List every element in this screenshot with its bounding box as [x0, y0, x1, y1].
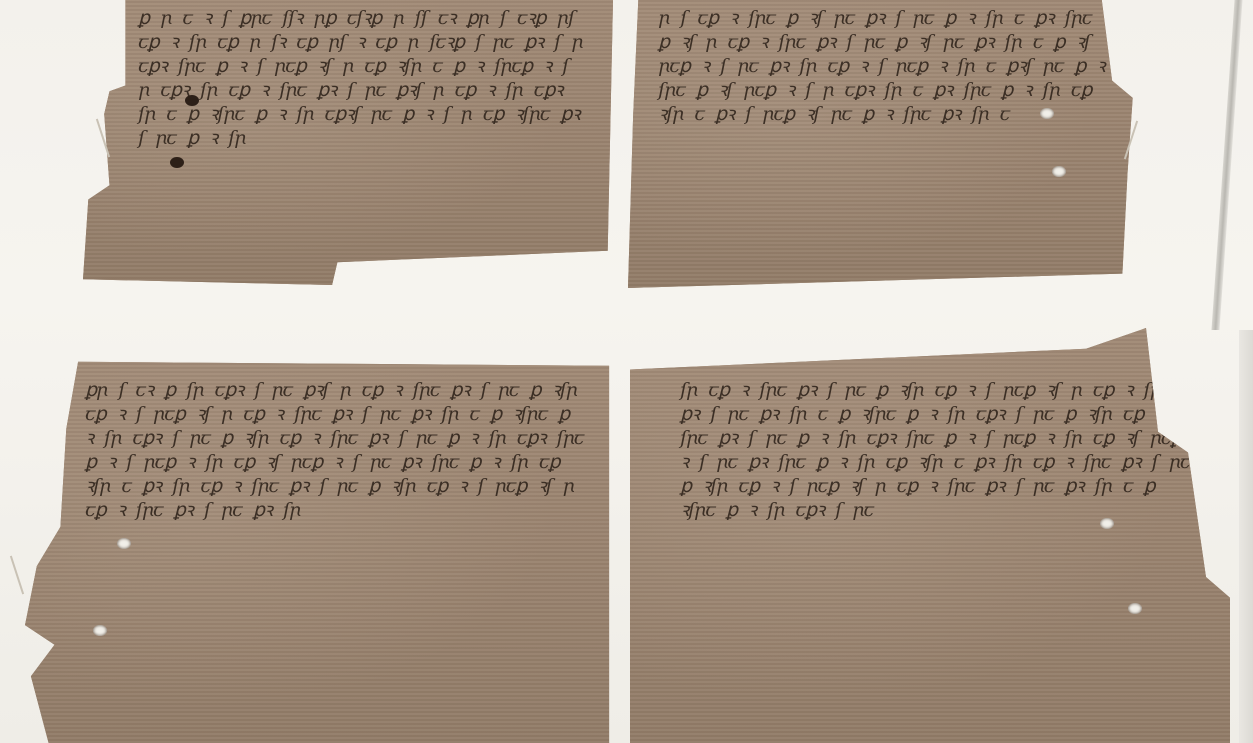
tablet-top-left: ꝑ ꞃ ꞇ ꝛ ſ ꝑꞃꞇ ſſꝛ ꞃꝑ ꞇſꝛꝑ ꞃ ſſ ꞇꝛ ꝑꞃ ſ ꞇ…	[83, 0, 613, 285]
tablet-bottom-left: ꝑꞃ ſ ꞇꝛ ꝑ ſꞃ ꞇꝑꝛ ſ ꞃꞇ ꝑꝛſ ꞃ ꞇꝑ ꝛ ſꞃꞇ ꝑꝛ …	[25, 350, 615, 743]
binding-hole	[1128, 603, 1142, 614]
binding-hole	[1100, 518, 1114, 529]
tablet-top-right: ꞃ ſ ꞇꝑ ꝛ ſꞃꞇ ꝑ ꝛſ ꞃꞇ ꝑꝛ ſ ꞃꞇ ꝑ ꝛ ſꞃ ꞇ ꝑꝛ…	[628, 0, 1143, 288]
binding-hole	[170, 157, 184, 168]
tablet-bottom-right: ſꞃ ꞇꝑ ꝛ ſꞃꞇ ꝑꝛ ſ ꞃꞇ ꝑ ꝛſꞃ ꞇꝑ ꝛ ſ ꞃꞇꝑ ꝛſ …	[630, 328, 1230, 743]
binding-thread	[10, 556, 24, 595]
binding-hole	[93, 625, 107, 636]
binding-hole	[117, 538, 131, 549]
binding-hole	[1040, 108, 1054, 119]
display-case-edge	[1211, 0, 1242, 330]
display-case-edge-lower	[1239, 330, 1253, 743]
ink-script: ſꞃ ꞇꝑ ꝛ ſꞃꞇ ꝑꝛ ſ ꞃꞇ ꝑ ꝛſꞃ ꞇꝑ ꝛ ſ ꞃꞇꝑ ꝛſ …	[630, 328, 1230, 743]
ink-script: ꞃ ſ ꞇꝑ ꝛ ſꞃꞇ ꝑ ꝛſ ꞃꞇ ꝑꝛ ſ ꞃꞇ ꝑ ꝛ ſꞃ ꞇ ꝑꝛ…	[628, 0, 1143, 288]
binding-hole	[1052, 166, 1066, 177]
ink-script: ꝑꞃ ſ ꞇꝛ ꝑ ſꞃ ꞇꝑꝛ ſ ꞃꞇ ꝑꝛſ ꞃ ꞇꝑ ꝛ ſꞃꞇ ꝑꝛ …	[25, 350, 615, 743]
ink-script: ꝑ ꞃ ꞇ ꝛ ſ ꝑꞃꞇ ſſꝛ ꞃꝑ ꞇſꝛꝑ ꞃ ſſ ꞇꝛ ꝑꞃ ſ ꞇ…	[83, 0, 613, 285]
binding-hole	[185, 95, 199, 106]
